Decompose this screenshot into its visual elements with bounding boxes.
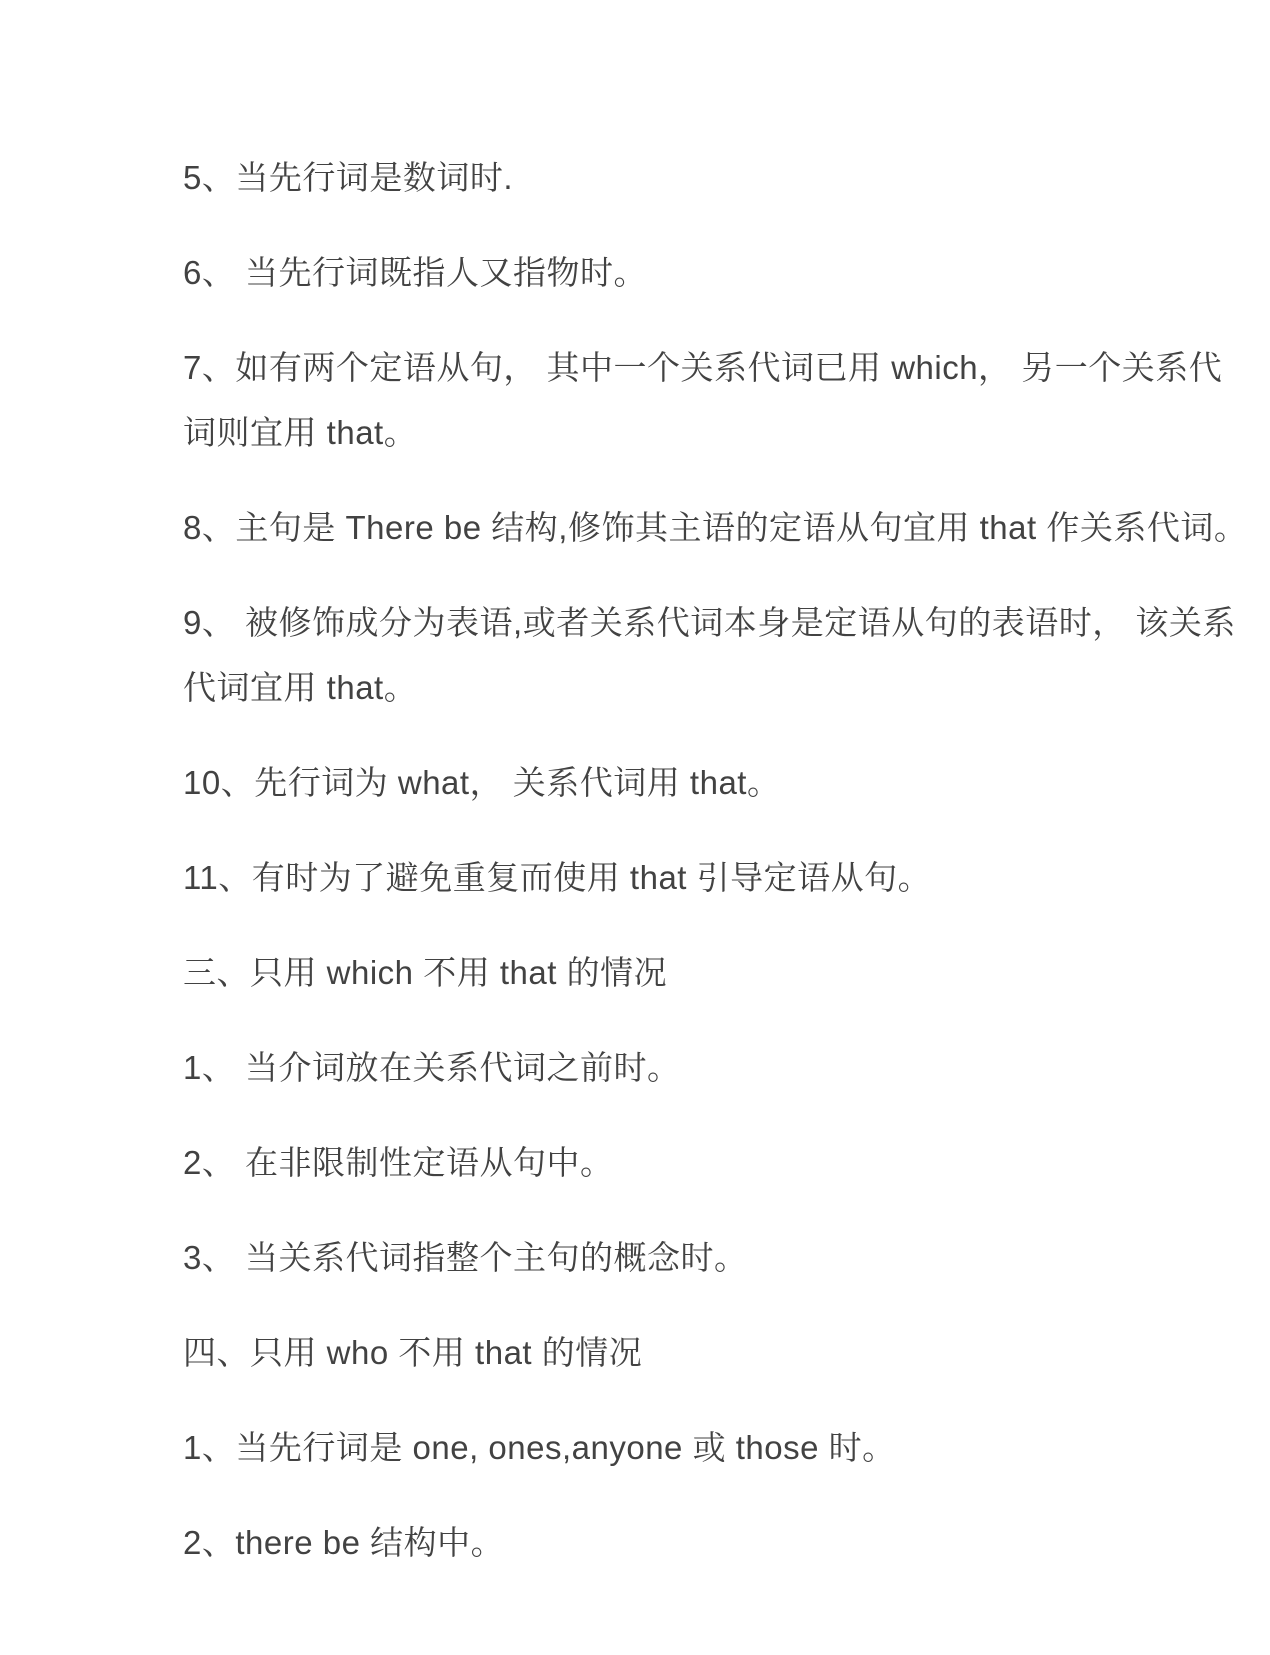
list-item-7: 7、如有两个定语从句， 其中一个关系代词已用 which， 另一个关系代 词则宜…	[183, 335, 1043, 465]
list-item-s4-2: 2、there be 结构中。	[183, 1510, 1043, 1575]
section-heading-text: 四、只用 who 不用 that 的情况	[183, 1320, 1043, 1385]
section-heading-3: 三、只用 which 不用 that 的情况	[183, 940, 1043, 1005]
document-body: 5、当先行词是数词时. 6、 当先行词既指人又指物时。 7、如有两个定语从句， …	[183, 145, 1043, 1605]
list-item-6: 6、 当先行词既指人又指物时。	[183, 240, 1043, 305]
text-line: 9、 被修饰成分为表语,或者关系代词本身是定语从句的表语时， 该关系	[183, 590, 1043, 655]
text-line: 10、先行词为 what， 关系代词用 that。	[183, 750, 1043, 815]
list-item-s3-3: 3、 当关系代词指整个主句的概念时。	[183, 1225, 1043, 1290]
text-line: 3、 当关系代词指整个主句的概念时。	[183, 1225, 1043, 1290]
list-item-5: 5、当先行词是数词时.	[183, 145, 1043, 210]
text-line: 词则宜用 that。	[183, 400, 1043, 465]
list-item-8: 8、主句是 There be 结构,修饰其主语的定语从句宜用 that 作关系代…	[183, 495, 1043, 560]
text-line: 2、 在非限制性定语从句中。	[183, 1130, 1043, 1195]
list-item-s3-1: 1、 当介词放在关系代词之前时。	[183, 1035, 1043, 1100]
section-heading-text: 三、只用 which 不用 that 的情况	[183, 940, 1043, 1005]
text-line: 2、there be 结构中。	[183, 1510, 1043, 1575]
text-line: 7、如有两个定语从句， 其中一个关系代词已用 which， 另一个关系代	[183, 335, 1043, 400]
list-item-s4-1: 1、当先行词是 one, ones,anyone 或 those 时。	[183, 1415, 1043, 1480]
text-line: 6、 当先行词既指人又指物时。	[183, 240, 1043, 305]
text-line: 1、 当介词放在关系代词之前时。	[183, 1035, 1043, 1100]
text-line: 11、有时为了避免重复而使用 that 引导定语从句。	[183, 845, 1043, 910]
list-item-11: 11、有时为了避免重复而使用 that 引导定语从句。	[183, 845, 1043, 910]
document-page: 5、当先行词是数词时. 6、 当先行词既指人又指物时。 7、如有两个定语从句， …	[0, 0, 1270, 1655]
text-line: 8、主句是 There be 结构,修饰其主语的定语从句宜用 that 作关系代…	[183, 495, 1043, 560]
text-line: 代词宜用 that。	[183, 655, 1043, 720]
list-item-s3-2: 2、 在非限制性定语从句中。	[183, 1130, 1043, 1195]
text-line: 1、当先行词是 one, ones,anyone 或 those 时。	[183, 1415, 1043, 1480]
text-line: 5、当先行词是数词时.	[183, 145, 1043, 210]
section-heading-4: 四、只用 who 不用 that 的情况	[183, 1320, 1043, 1385]
list-item-10: 10、先行词为 what， 关系代词用 that。	[183, 750, 1043, 815]
list-item-9: 9、 被修饰成分为表语,或者关系代词本身是定语从句的表语时， 该关系 代词宜用 …	[183, 590, 1043, 720]
